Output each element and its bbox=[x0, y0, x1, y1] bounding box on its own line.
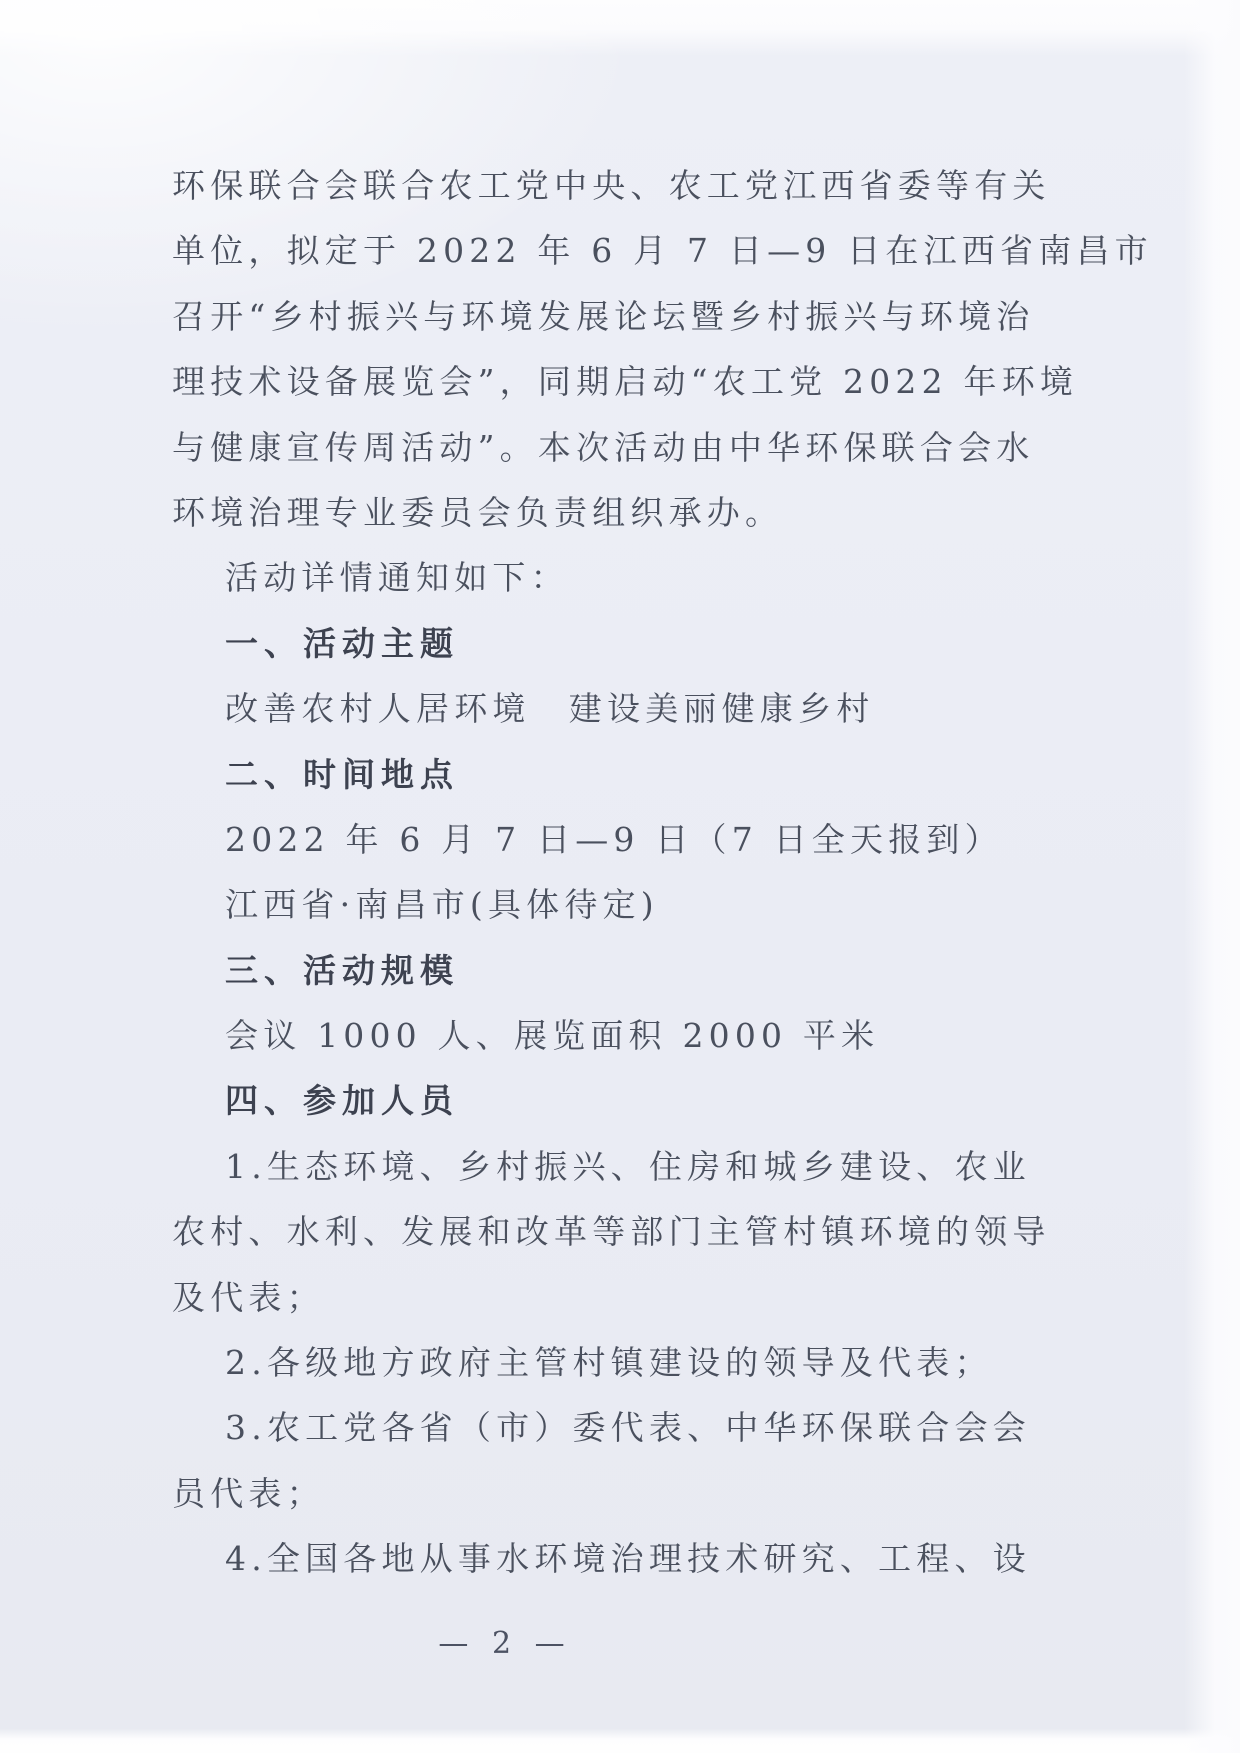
document-line: 4.全国各地从事水环境治理技术研究、工程、设 bbox=[225, 1526, 1240, 1591]
section-heading-1: 一、活动主题 bbox=[225, 611, 1240, 676]
document-line: 单位，拟定于 2022 年 6 月 7 日—9 日在江西省南昌市 bbox=[172, 218, 1240, 283]
document-line: 农村、水利、发展和改革等部门主管村镇环境的领导 bbox=[172, 1199, 1240, 1264]
document-line: 1.生态环境、乡村振兴、住房和城乡建设、农业 bbox=[225, 1134, 1240, 1199]
section-heading-4: 四、参加人员 bbox=[225, 1068, 1240, 1133]
document-line: 3.农工党各省（市）委代表、中华环保联合会会 bbox=[225, 1395, 1240, 1460]
document-line: 活动详情通知如下： bbox=[225, 545, 1240, 610]
document-line: 会议 1000 人、展览面积 2000 平米 bbox=[225, 1003, 1240, 1068]
document-line: 2022 年 6 月 7 日—9 日（7 日全天报到） bbox=[225, 807, 1240, 872]
scanned-document-page: 环保联合会联合农工党中央、农工党江西省委等有关 单位，拟定于 2022 年 6 … bbox=[0, 0, 1240, 1753]
document-body: 环保联合会联合农工党中央、农工党江西省委等有关 单位，拟定于 2022 年 6 … bbox=[0, 153, 1240, 1592]
document-line: 理技术设备展览会”，同期启动“农工党 2022 年环境 bbox=[172, 349, 1240, 414]
document-line: 员代表； bbox=[172, 1461, 1240, 1526]
document-line: 2.各级地方政府主管村镇建设的领导及代表； bbox=[225, 1330, 1240, 1395]
section-heading-3: 三、活动规模 bbox=[225, 938, 1240, 1003]
document-line: 及代表； bbox=[172, 1265, 1240, 1330]
document-line: 召开“乡村振兴与环境发展论坛暨乡村振兴与环境治 bbox=[172, 284, 1240, 349]
document-line: 环境治理专业委员会负责组织承办。 bbox=[172, 480, 1240, 545]
section-heading-2: 二、时间地点 bbox=[225, 742, 1240, 807]
document-line: 江西省·南昌市(具体待定) bbox=[225, 872, 1240, 937]
document-line: 改善农村人居环境 建设美丽健康乡村 bbox=[225, 676, 1240, 741]
document-line: 与健康宣传周活动”。本次活动由中华环保联合会水 bbox=[172, 415, 1240, 480]
document-line: 环保联合会联合农工党中央、农工党江西省委等有关 bbox=[172, 153, 1240, 218]
page-number: — 2 — bbox=[0, 1626, 1010, 1661]
